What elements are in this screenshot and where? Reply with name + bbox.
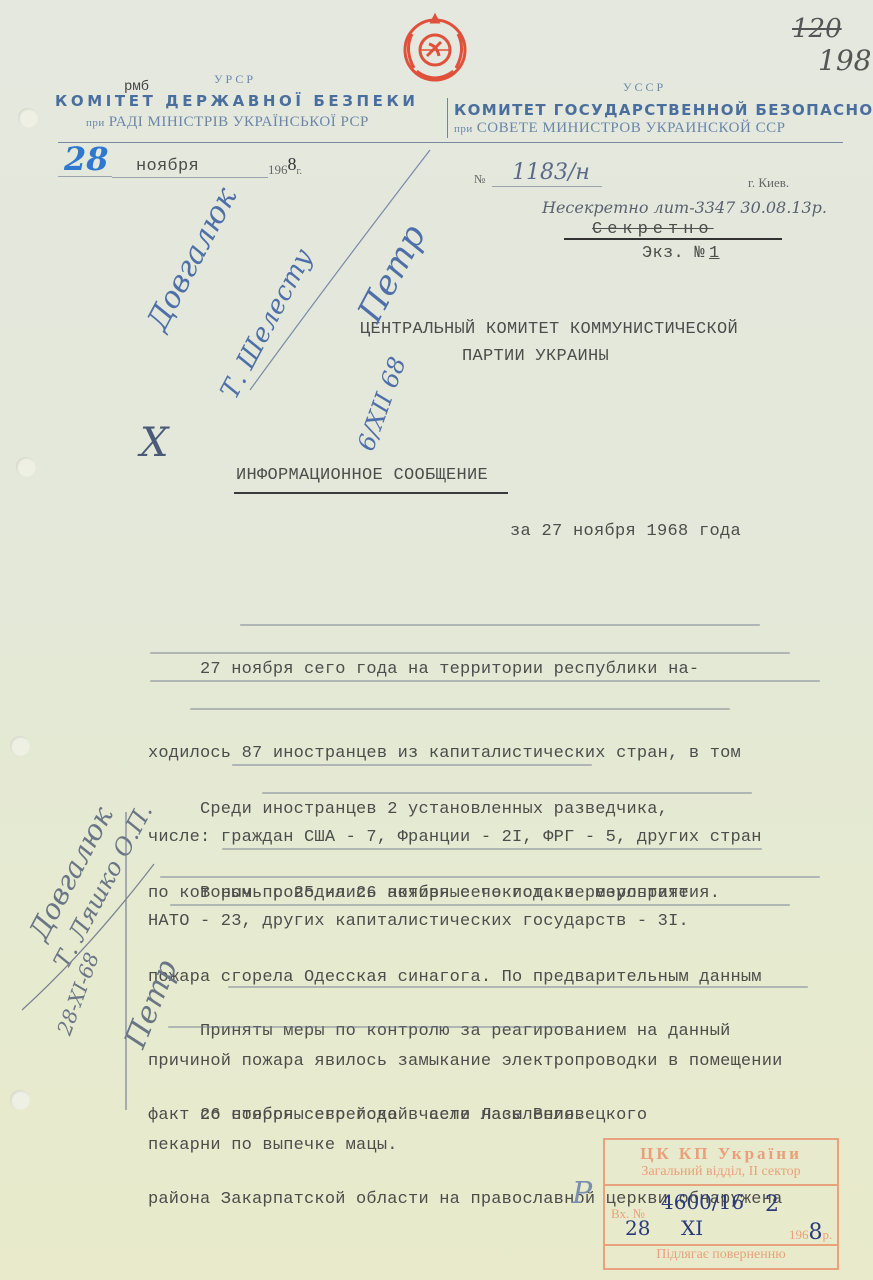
page-number: 198 [818,44,871,77]
letterhead-right-sub: приСОВЕТЕ МИНИСТРОВ УКРАИНСКОЙ ССР [454,120,785,137]
doc-number-label: № [474,172,485,187]
secrecy-stamp: Секретно [592,220,714,239]
pencil-underline [240,624,760,626]
stamp-copy: 2 [765,1192,779,1217]
secrecy-underline [564,238,782,240]
stamp-line-2: Загальний відділ, II сектор [605,1164,837,1180]
stamp-line-1: ЦК КП України [605,1144,837,1164]
stamp-date-month: XI [681,1216,703,1240]
resolution-top-name: Довгалюк [140,182,244,337]
addressee-line-2: ПАРТИИ УКРАИНЫ [462,347,609,366]
letterhead-left-title: КОМІТЕТ ДЕРЖАВНОЇ БЕЗПЕКИ [55,92,419,110]
resolution-top-stroke [240,140,440,400]
date-day: 28 [64,140,109,178]
pencil-underline [170,904,790,906]
stamp-footer: Підлягає поверненню [605,1247,837,1263]
page-number-struck: 120 [792,14,842,44]
registry-stamp: ЦК КП України Загальний відділ, II секто… [603,1138,839,1270]
pencil-underline [150,652,790,654]
declassification-note: Несекретно лит-3347 30.08.13р. [542,198,827,217]
cross-mark: X [140,420,168,466]
letterhead-divider [447,98,448,138]
copy-number: Экз. №1 [642,244,720,263]
date-day-rule [58,176,112,177]
pencil-underline [222,848,762,850]
document-title: ИНФОРМАЦИОННОЕ СООБЩЕНИЕ [236,466,488,485]
letterhead-rule [58,142,843,143]
document-title-underline [234,492,508,494]
letterhead-left-republic: УРСР [214,72,256,87]
letterhead-right-republic: УССР [623,80,666,95]
margin-mark: Р [572,1176,592,1211]
city: г. Киев. [748,175,789,191]
pencil-underline [232,764,592,766]
punch-hole [16,457,36,477]
letterhead-right-title: КОМИТЕТ ГОСУДАРСТВЕННОЙ БЕЗОПАСНОСТИ [454,101,873,119]
stamp-year: 1968р. [789,1220,832,1245]
doc-number-rule [492,186,602,187]
doc-number: 1183/н [512,160,590,185]
report-date: за 27 ноября 1968 года [510,522,741,541]
stamp-in-number: 4600/16 [661,1190,744,1214]
pencil-underline [160,876,820,878]
pencil-underline [262,792,752,794]
punch-hole [18,108,38,128]
resolution-left-stroke [18,860,158,1020]
stamp-divider [605,1184,837,1186]
date-month: ноября [136,157,199,176]
punch-hole [10,736,30,756]
margin-bracket-line [122,810,132,1120]
pencil-underline [228,986,808,988]
pencil-underline [190,708,730,710]
stamp-divider [605,1244,837,1246]
pencil-underline [168,1026,568,1028]
letterhead-left-sub: приРАДІ МІНІСТРІВ УКРАЇНСЬКОЇ РСР [86,114,369,131]
punch-hole [10,1090,30,1110]
stamp-date-day: 28 [625,1216,650,1240]
state-emblem-icon [398,10,472,90]
pencil-underline [150,680,820,682]
